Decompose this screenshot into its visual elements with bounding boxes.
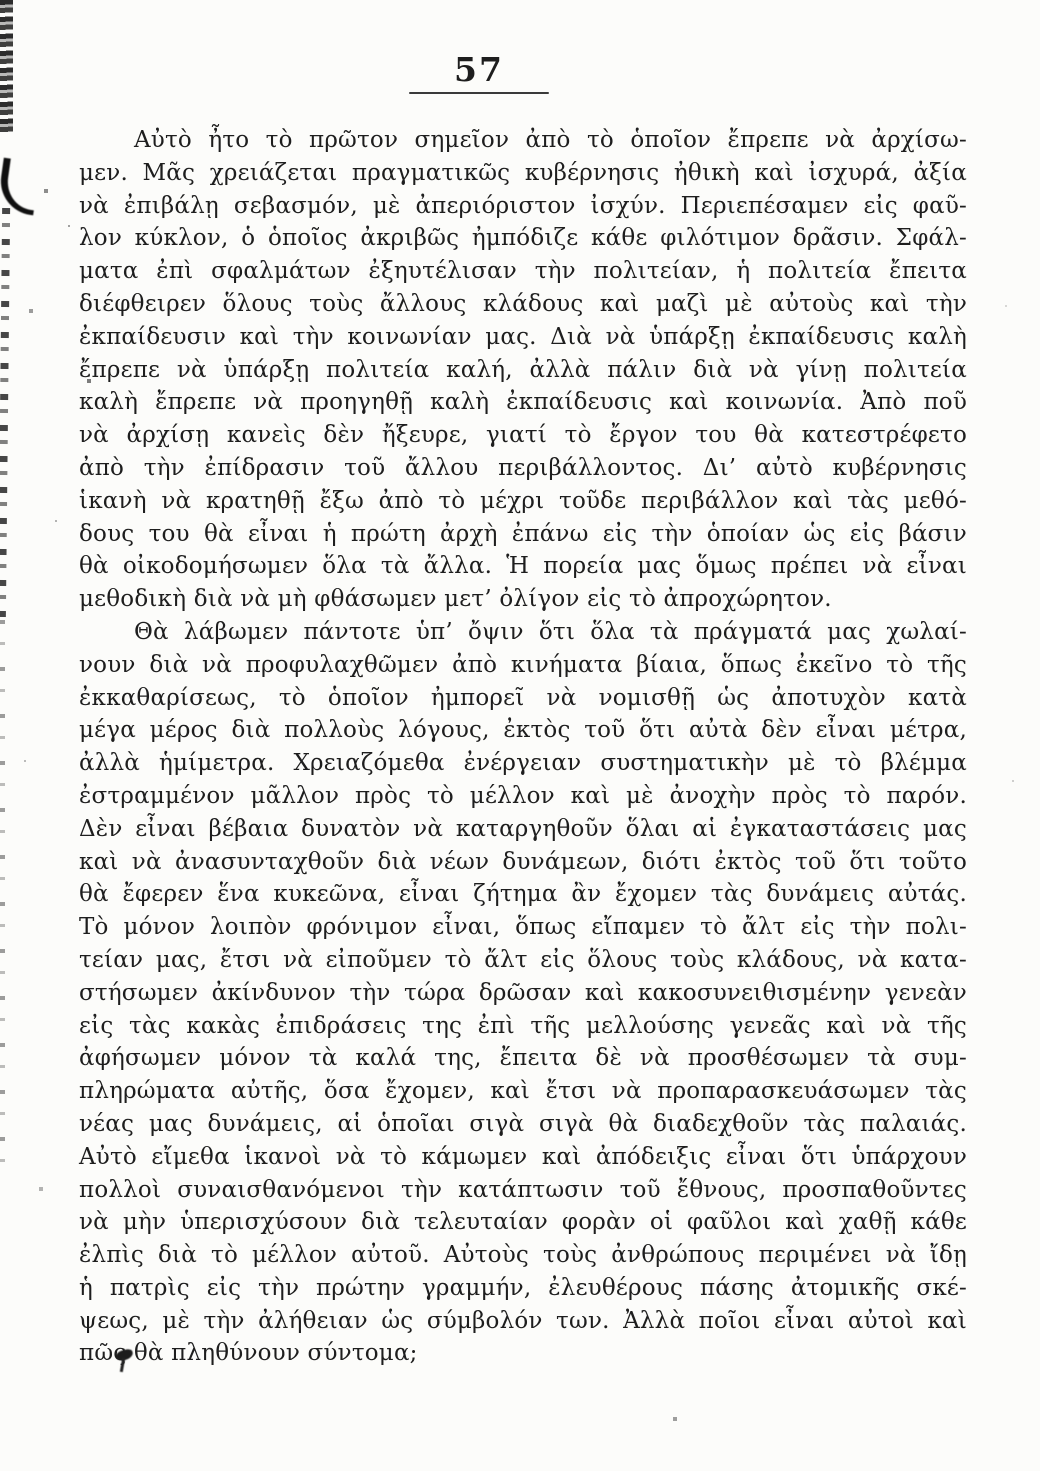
scan-artifact-hook	[0, 158, 41, 216]
text-line: καλὴ ἔπρεπε νὰ προηγηθῇ καλὴ ἐκπαίδευσις…	[79, 386, 967, 419]
body-text: Αὐτὸ ἦτο τὸ πρῶτον σημεῖον ἀπὸ τὸ ὁποῖον…	[79, 124, 967, 1370]
text-line: ἐλπὶς διὰ τὸ μέλλον αὐτοῦ. Αὐτοὺς τοὺς ἀ…	[79, 1239, 967, 1272]
text-line: ἀφήσωμεν μόνον τὰ καλά της, ἔπειτα δὲ νὰ…	[79, 1042, 967, 1075]
text-line: ἐστραμμένον μᾶλλον πρὸς τὸ μέλλον καὶ μὲ…	[79, 780, 967, 813]
scan-artifact-specks	[0, 0, 2, 2]
text-line: πληρώματα αὐτῆς, ὅσα ἔχομεν, καὶ ἔτσι νὰ…	[79, 1075, 967, 1108]
text-line: θὰ οἰκοδομήσωμεν ὅλα τὰ ἄλλα. Ἡ πορεία μ…	[79, 550, 967, 583]
text-line: ἀπὸ τὴν ἐπίδρασιν τοῦ ἄλλου περιβάλλοντο…	[79, 452, 967, 485]
text-line: ματα ἐπὶ σφαλμάτων ἐξηυτέλισαν τὴν πολιτ…	[79, 255, 967, 288]
text-line: μέγα μέρος διὰ πολλοὺς λόγους, ἐκτὸς τοῦ…	[79, 714, 967, 747]
page-number: 57	[403, 52, 555, 88]
text-line: καὶ νὰ ἀνασυνταχθοῦν διὰ νέων δυνάμεων, …	[79, 846, 967, 879]
text-line: τείαν μας, ἔτσι νὰ εἰποῦμεν τὸ ἄλτ εἰς ὅ…	[79, 944, 967, 977]
page-number-rule	[409, 92, 549, 94]
text-line: ἱκανὴ νὰ κρατηθῇ ἔξω ἀπὸ τὸ μέχρι τοῦδε …	[79, 485, 967, 518]
text-line: στήσωμεν ἀκίνδυνον τὴν τώρα δρῶσαν καὶ κ…	[79, 977, 967, 1010]
text-line: μεθοδικὴ διὰ νὰ μὴ φθάσωμεν μετ’ ὀλίγον …	[79, 583, 967, 616]
text-line: δους του θὰ εἶναι ἡ πρώτη ἀρχὴ ἐπάνω εἰς…	[79, 518, 967, 551]
text-line: Αὐτὸ εἴμεθα ἱκανοὶ νὰ τὸ κάμωμεν καὶ ἀπό…	[79, 1141, 967, 1174]
text-line: ἐκπαίδευσιν καὶ τὴν κοινωνίαν μας. Διὰ ν…	[79, 321, 967, 354]
page-header: 57	[403, 52, 555, 94]
text-line: πολλοὶ συναισθανόμενοι τὴν κατάπτωσιν το…	[79, 1174, 967, 1207]
text-line: νέας μας δυνάμεις, αἱ ὁποῖαι σιγὰ σιγὰ θ…	[79, 1108, 967, 1141]
text-line: ἡ πατρὶς εἰς τὴν πρώτην γραμμήν, ἐλευθέρ…	[79, 1272, 967, 1305]
scan-artifact-gutter-top	[0, 0, 13, 132]
text-line: ἀλλὰ ἡμίμετρα. Χρειαζόμεθα ἐνέργειαν συσ…	[79, 747, 967, 780]
text-line: νὰ ἐπιβάλῃ σεβασμόν, μὲ ἀπεριόριστον ἰσχ…	[79, 190, 967, 223]
scan-artifact-gutter-mid	[0, 208, 10, 618]
text-line: διέφθειρεν ὅλους τοὺς ἄλλους κλάδους καὶ…	[79, 288, 967, 321]
text-line: θὰ ἔφερεν ἕνα κυκεῶνα, εἶναι ζήτημα ἂν ἔ…	[79, 878, 967, 911]
text-line: νὰ μὴν ὑπερισχύσουν διὰ τελευταίαν φορὰν…	[79, 1206, 967, 1239]
text-line: ψεως, μὲ τὴν ἀλήθειαν ὡς σύμβολόν των. Ἀ…	[79, 1305, 967, 1338]
book-page: 57 Αὐτὸ ἦτο τὸ πρῶτον σημεῖον ἀπὸ τὸ ὁπο…	[0, 0, 1040, 1471]
text-line: ἔπρεπε νὰ ὑπάρξῃ πολιτεία καλή, ἀλλὰ πάλ…	[79, 354, 967, 387]
text-line: Τὸ μόνον λοιπὸν φρόνιμον εἶναι, ὅπως εἴπ…	[79, 911, 967, 944]
text-line: λον κύκλον, ὁ ὁποῖος ἀκριβῶς ἠμπόδιζε κά…	[79, 222, 967, 255]
text-line: πῶς θὰ πληθύνουν σύντομα;	[79, 1337, 967, 1370]
text-line: Θὰ λάβωμεν πάντοτε ὑπ’ ὄψιν ὅτι ὅλα τὰ π…	[79, 616, 967, 649]
scan-artifact-gutter-low	[0, 620, 5, 1180]
text-line: εἰς τὰς κακὰς ἐπιδράσεις της ἐπὶ τῆς μελ…	[79, 1010, 967, 1043]
text-line: νουν διὰ νὰ προφυλαχθῶμεν ἀπὸ κινήματα β…	[79, 649, 967, 682]
text-line: μεν. Μᾶς χρειάζεται πραγματικῶς κυβέρνησ…	[79, 157, 967, 190]
text-line: Δὲν εἶναι βέβαια δυνατὸν νὰ καταργηθοῦν …	[79, 813, 967, 846]
text-line: νὰ ἀρχίσῃ κανεὶς δὲν ἤξευρε, γιατί τὸ ἔρ…	[79, 419, 967, 452]
text-line: Αὐτὸ ἦτο τὸ πρῶτον σημεῖον ἀπὸ τὸ ὁποῖον…	[79, 124, 967, 157]
text-line: ἐκκαθαρίσεως, τὸ ὁποῖον ἠμπορεῖ νὰ νομισ…	[79, 682, 967, 715]
